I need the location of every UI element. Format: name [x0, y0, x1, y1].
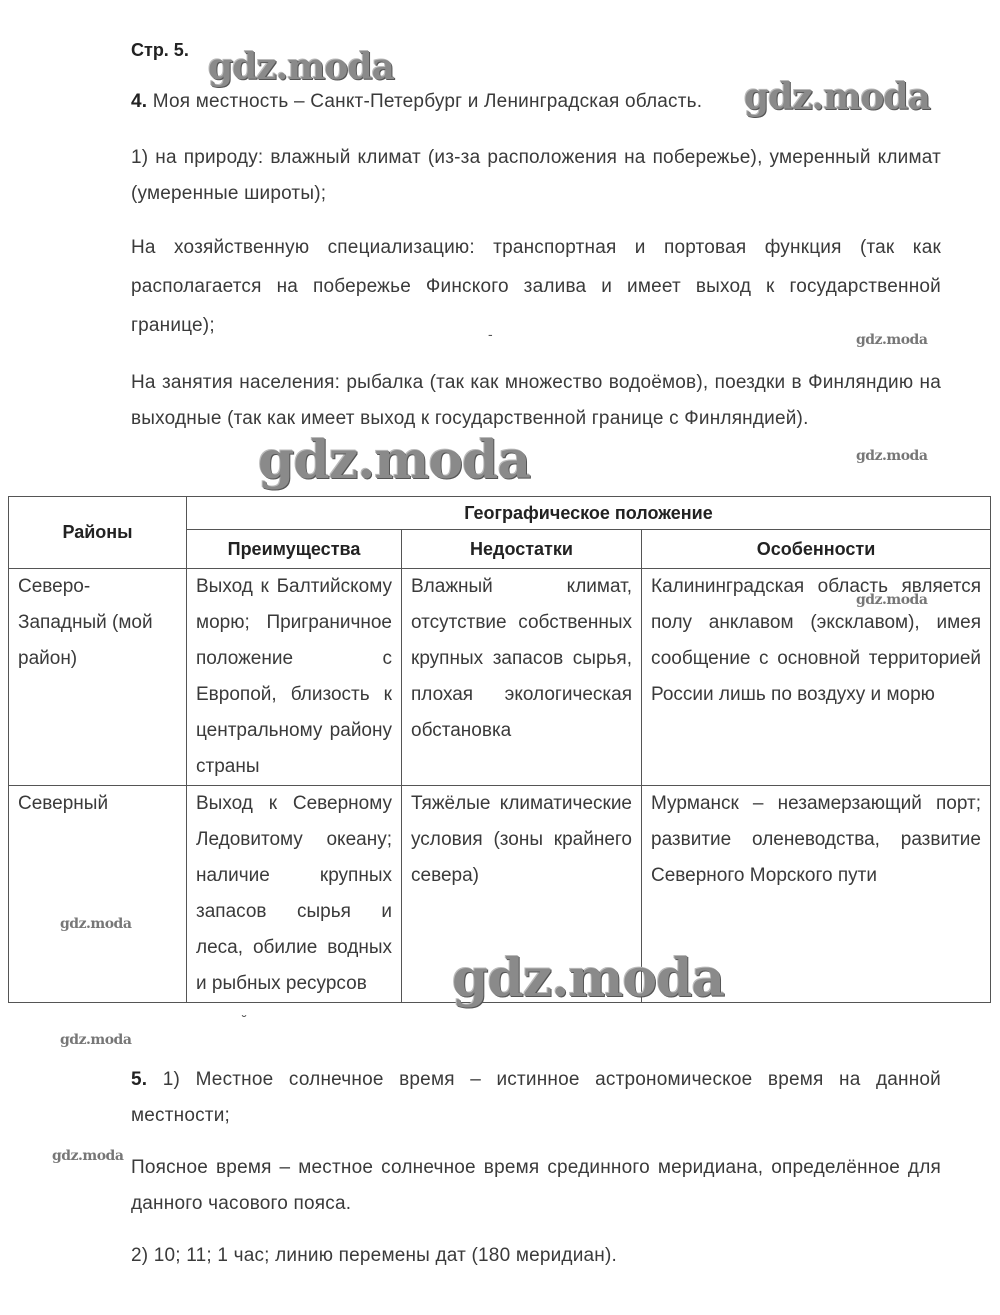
- task5-number: 5.: [131, 1069, 147, 1090]
- cell-disadvantages: Тяжёлые климатические условия (зоны край…: [402, 786, 642, 1003]
- watermark-logo: gdz.moda: [258, 430, 530, 491]
- table-row: Северный Выход к Северному Ледовитому ок…: [9, 786, 991, 1003]
- task5-answer-paragraph: 2) 10; 11; 1 час; линию перемены дат (18…: [131, 1238, 941, 1274]
- page-reference: Стр. 5.: [131, 40, 189, 61]
- task4-intro: 4. Моя местность – Санкт-Петербург и Лен…: [131, 84, 941, 120]
- task4-population-paragraph: На занятия населения: рыбалка (так как м…: [131, 365, 941, 437]
- task5-zone-time-paragraph: Поясное время – местное солнечное время …: [131, 1150, 941, 1222]
- cell-features: Калининградская область является полу ан…: [642, 569, 991, 786]
- task4-economy-paragraph: На хозяйственную специализацию: транспор…: [131, 228, 941, 345]
- cell-features: Мурманск – незамерзающий порт; развитие …: [642, 786, 991, 1003]
- header-disadvantages: Недостатки: [402, 530, 642, 569]
- watermark-small: gdz.moda: [52, 1148, 123, 1164]
- task4-number: 4.: [131, 91, 147, 112]
- stray-mark: -: [488, 326, 493, 342]
- watermark-small: gdz.moda: [856, 448, 927, 464]
- watermark-logo: gdz.moda: [208, 46, 394, 88]
- table-row: Северо-Западный (мой район) Выход к Балт…: [9, 569, 991, 786]
- cell-region: Северо-Западный (мой район): [9, 569, 187, 786]
- task4-nature-paragraph: 1) на природу: влажный климат (из-за рас…: [131, 140, 941, 212]
- cell-advantages: Выход к Северному Ледовитому океану; нал…: [187, 786, 402, 1003]
- header-features: Особенности: [642, 530, 991, 569]
- task5-local-time-paragraph: 5. 1) Местное солнечное время – истинное…: [131, 1062, 941, 1134]
- header-regions: Районы: [9, 497, 187, 569]
- header-geographic-position: Географическое положение: [187, 497, 991, 530]
- header-advantages: Преимущества: [187, 530, 402, 569]
- watermark-small: gdz.moda: [60, 1032, 131, 1048]
- cell-disadvantages: Влажный климат, отсутствие собственных к…: [402, 569, 642, 786]
- stray-mark: ˘: [242, 1012, 247, 1028]
- task4-intro-text: Моя местность – Санкт-Петербург и Ленинг…: [153, 91, 702, 112]
- geographic-position-table: Районы Географическое положение Преимуще…: [8, 496, 991, 1003]
- cell-region: Северный: [9, 786, 187, 1003]
- cell-advantages: Выход к Балтийскому морю; Приграничное п…: [187, 569, 402, 786]
- task5-local-time-text: 1) Местное солнечное время – истинное ас…: [131, 1069, 941, 1126]
